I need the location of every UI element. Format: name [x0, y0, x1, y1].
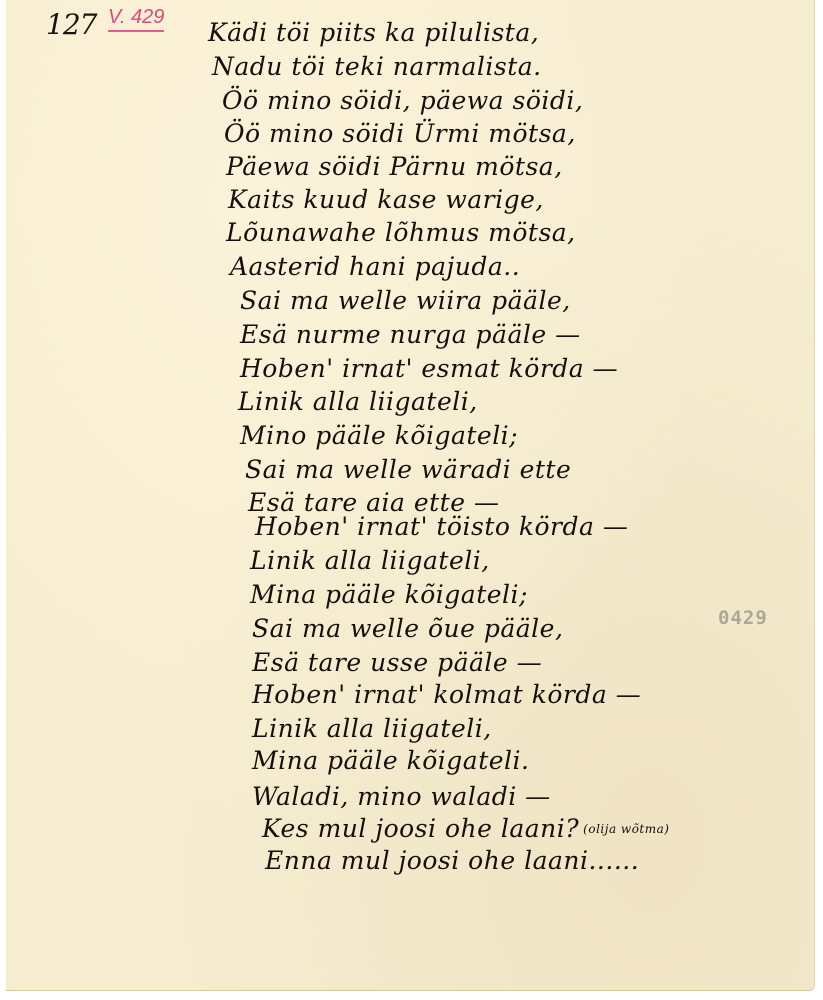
poem-line: Waladi, mino waladi —	[252, 782, 551, 811]
poem-line-text: Mina pääle kõigateli;	[250, 580, 528, 609]
poem-line-text: Aasterid hani pajuda..	[230, 252, 520, 281]
poem-line: Mino pääle kõigateli;	[240, 421, 518, 450]
poem-line-text: Linik alla liigateli,	[250, 546, 490, 575]
margin-note: (olija wõtma)	[583, 822, 669, 836]
poem-line: Öö mino söidi Ürmi mötsa,	[224, 119, 576, 148]
poem-line: Linik alla liigateli,	[238, 387, 478, 416]
poem-line: Hoben' irnat' esmat körda —	[240, 354, 618, 383]
poem-line: Mina pääle kõigateli.	[252, 746, 529, 775]
poem-line-text: Hoben' irnat' esmat körda —	[240, 354, 618, 383]
poem-line: Hoben' irnat' kolmat körda —	[252, 680, 641, 709]
poem-line: Kaits kuud kase warige,	[228, 185, 544, 214]
poem-line-text: Hoben' irnat' töisto körda —	[255, 512, 628, 541]
poem-line: Sai ma welle õue pääle,	[252, 614, 563, 643]
poem-line: Enna mul joosi ohe laani......	[265, 846, 639, 875]
poem-line: Esä nurme nurga pääle —	[240, 320, 581, 349]
poem-line: Kes mul joosi ohe laani?(olija wõtma)	[262, 814, 669, 843]
archive-reference: V. 429	[108, 6, 164, 32]
poem-line: Sai ma welle wiira pääle,	[240, 286, 571, 315]
poem-line: Nadu töi teki narmalista.	[212, 52, 542, 81]
poem-line: Mina pääle kõigateli;	[250, 580, 528, 609]
poem-line-text: Lõunawahe lõhmus mötsa,	[226, 218, 576, 247]
poem-line: Päewa söidi Pärnu mötsa,	[226, 152, 563, 181]
poem-line-text: Sai ma welle wiira pääle,	[240, 286, 571, 315]
poem-line: Sai ma welle wäradi ette	[245, 455, 571, 484]
poem-line-text: Hoben' irnat' kolmat körda —	[252, 680, 641, 709]
poem-line: Esä tare usse pääle —	[252, 648, 542, 677]
poem-line-text: Kes mul joosi ohe laani?	[262, 814, 579, 843]
poem-line-text: Enna mul joosi ohe laani......	[265, 846, 639, 875]
poem-line-text: Öö mino söidi, päewa söidi,	[222, 86, 583, 115]
poem-line-text: Sai ma welle õue pääle,	[252, 614, 563, 643]
poem-line-text: Kädi töi piits ka pilulista,	[208, 18, 539, 47]
poem-line-text: Öö mino söidi Ürmi mötsa,	[224, 119, 576, 148]
poem-line-text: Linik alla liigateli,	[252, 714, 492, 743]
poem-line-text: Esä nurme nurga pääle —	[240, 320, 581, 349]
poem-line-text: Sai ma welle wäradi ette	[245, 455, 571, 484]
poem-line: Hoben' irnat' töisto körda —	[255, 512, 628, 541]
page-number: 127	[46, 8, 96, 41]
poem-line: Linik alla liigateli,	[252, 714, 492, 743]
poem-line-text: Nadu töi teki narmalista.	[212, 52, 542, 81]
poem-line-text: Päewa söidi Pärnu mötsa,	[226, 152, 563, 181]
poem-line-text: Linik alla liigateli,	[238, 387, 478, 416]
poem-line: Kädi töi piits ka pilulista,	[208, 18, 539, 47]
stamp-number: 0429	[718, 607, 768, 629]
poem-line-text: Mina pääle kõigateli.	[252, 746, 529, 775]
poem-line-text: Kaits kuud kase warige,	[228, 185, 544, 214]
poem-line: Lõunawahe lõhmus mötsa,	[226, 218, 576, 247]
poem-line-text: Esä tare usse pääle —	[252, 648, 542, 677]
poem-line: Aasterid hani pajuda..	[230, 252, 520, 281]
poem-line-text: Waladi, mino waladi —	[252, 782, 551, 811]
poem-line: Linik alla liigateli,	[250, 546, 490, 575]
poem-line: Öö mino söidi, päewa söidi,	[222, 86, 583, 115]
poem-line-text: Mino pääle kõigateli;	[240, 421, 518, 450]
